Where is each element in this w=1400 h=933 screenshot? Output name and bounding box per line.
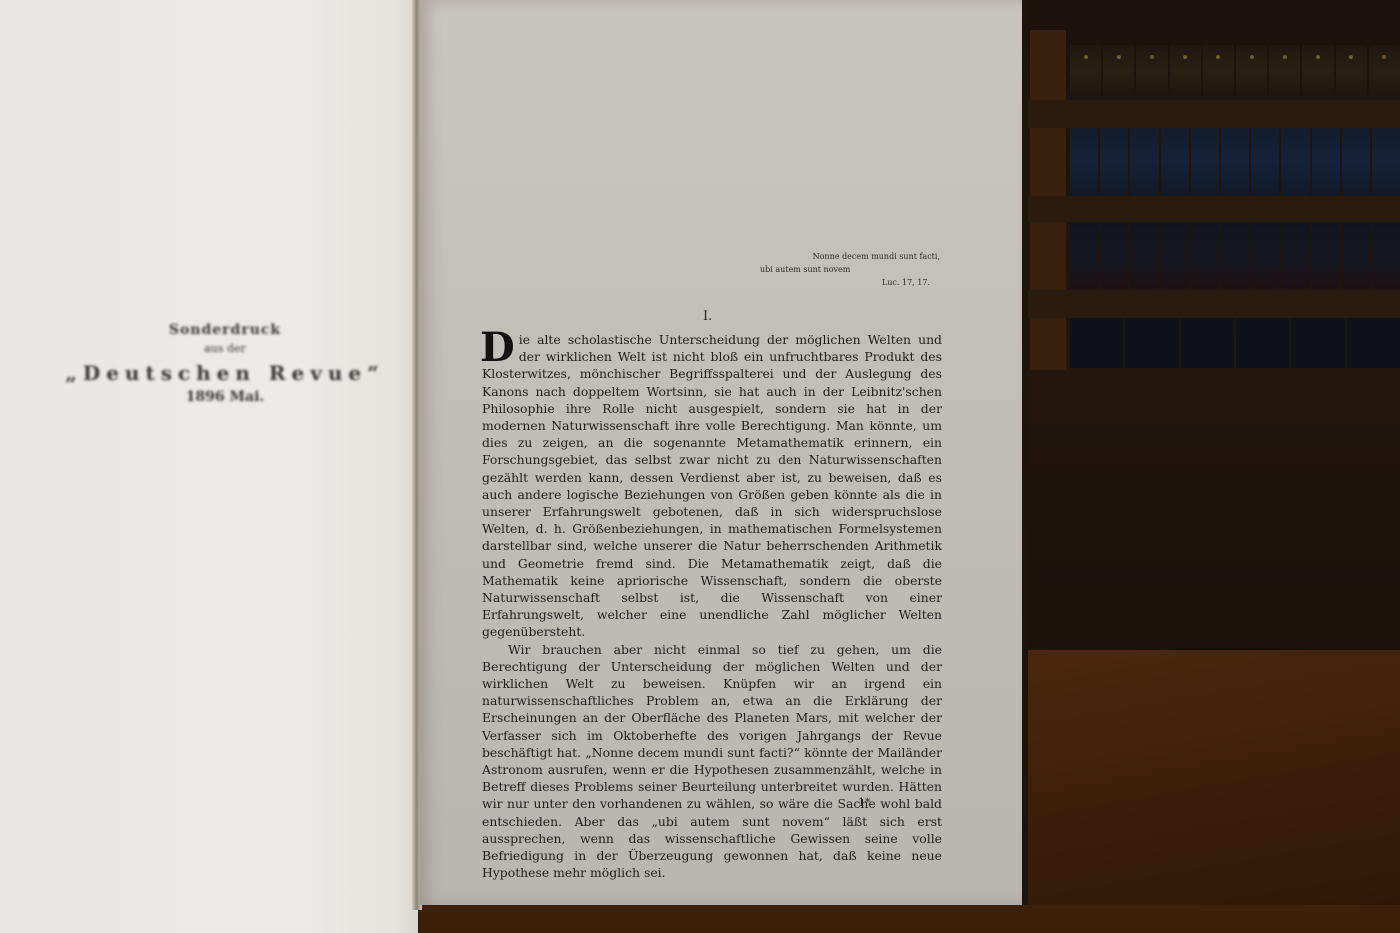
shelf-board <box>1000 100 1400 128</box>
shelf-board <box>1000 290 1400 318</box>
photo-scene: Sonderdruck aus der „Deutschen Revue“ 18… <box>0 0 1400 933</box>
imprint-title: „Deutschen Revue“ <box>60 361 390 385</box>
book-row-bottom <box>1070 318 1400 368</box>
body-text: Die alte scholastische Unterscheidung de… <box>482 331 942 882</box>
paragraph-1: Die alte scholastische Unterscheidung de… <box>482 331 942 641</box>
book-row-blue <box>1070 128 1400 196</box>
book-row-dark <box>1070 222 1400 290</box>
book-row-top <box>1070 45 1400 100</box>
paragraph-1-text: ie alte scholastische Unterscheidung der… <box>482 332 942 639</box>
epigraph-line-2: ubi autem sunt novem <box>760 263 960 276</box>
epigraph-line-1: Nonne decem mundi sunt facti, <box>760 250 960 263</box>
page-edge-shadow <box>1022 0 1028 905</box>
left-page: Sonderdruck aus der „Deutschen Revue“ 18… <box>0 0 418 933</box>
drop-cap: D <box>480 331 515 365</box>
page-number: 1* <box>858 796 871 809</box>
wooden-table <box>1000 650 1400 933</box>
epigraph: Nonne decem mundi sunt facti, ubi autem … <box>760 250 960 289</box>
offprint-imprint: Sonderdruck aus der „Deutschen Revue“ 18… <box>60 322 390 405</box>
section-number: I. <box>703 309 712 324</box>
right-page: Nonne decem mundi sunt facti, ubi autem … <box>420 0 1025 905</box>
paragraph-2: Wir brauchen aber nicht einmal so tief z… <box>482 641 942 882</box>
imprint-line-1: Sonderdruck <box>60 322 390 338</box>
shelf-board <box>1000 196 1400 222</box>
epigraph-citation: Luc. 17, 17. <box>760 276 960 289</box>
imprint-date: 1896 Mai. <box>60 389 390 405</box>
imprint-line-2: aus der <box>60 342 390 355</box>
